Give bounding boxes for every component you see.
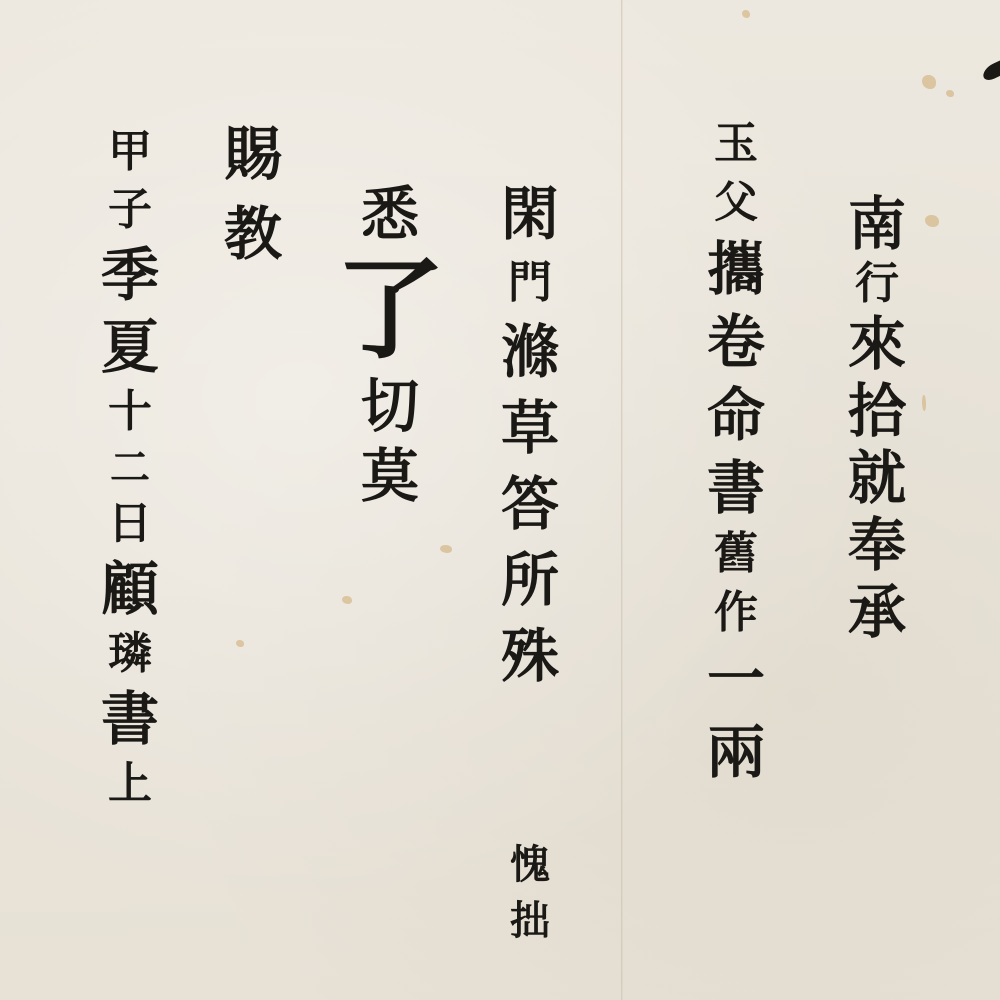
char: 切: [361, 377, 419, 435]
char: 行: [855, 262, 899, 306]
char: 玉: [714, 122, 758, 166]
char: 閑: [501, 185, 559, 243]
char: 承: [848, 583, 906, 641]
text-column-4: 悉 了 切 莫: [355, 185, 425, 505]
char: 兩: [707, 723, 765, 781]
stain: [236, 640, 244, 647]
char: 顧: [101, 560, 159, 618]
char: 日: [108, 502, 152, 546]
partial-character-stroke: [980, 60, 1000, 83]
char: 悉: [361, 185, 419, 243]
paper-seam: [621, 0, 623, 1000]
stain: [342, 596, 352, 604]
char: 父: [714, 181, 758, 225]
char: 賜: [224, 125, 282, 183]
char: 攜: [707, 240, 765, 298]
stain: [440, 545, 452, 553]
char: 草: [501, 399, 559, 457]
char: 子: [108, 188, 152, 232]
char: 甲: [108, 130, 152, 174]
char: 答: [501, 475, 559, 533]
stain: [922, 75, 936, 89]
char: 教: [224, 205, 282, 263]
char: 來: [848, 315, 906, 373]
char: 書: [707, 459, 765, 517]
char: 命: [707, 386, 765, 444]
char: 十: [108, 390, 152, 434]
text-column-3: 閑 門 滌 草 答 所 殊: [490, 185, 570, 685]
char: 就: [848, 449, 906, 507]
char: 了: [335, 255, 445, 365]
char: 舊: [714, 532, 758, 576]
char: 門: [508, 261, 552, 305]
char: 滌: [501, 323, 559, 381]
char: 南: [848, 195, 906, 253]
text-column-2: 玉 父 攜 卷 命 書 舊 作 一 兩: [696, 122, 776, 781]
char: 拾: [848, 382, 906, 440]
stain: [946, 90, 954, 97]
stain: [925, 215, 939, 227]
char: 所: [501, 551, 559, 609]
char: 璘: [108, 632, 152, 676]
char: 殊: [501, 627, 559, 685]
text-column-1: 南 行 來 拾 就 奉 承: [842, 195, 912, 641]
char: 拙: [510, 901, 550, 941]
char: 書: [101, 690, 159, 748]
stain: [922, 395, 926, 411]
char: 上: [108, 762, 152, 806]
char: 莫: [361, 447, 419, 505]
text-column-3-small: 愧 拙: [495, 845, 565, 941]
char: 奉: [848, 516, 906, 574]
char: 季: [101, 246, 159, 304]
char: 一: [707, 650, 765, 708]
char: 卷: [707, 313, 765, 371]
char: 愧: [510, 845, 550, 885]
stain: [742, 10, 750, 18]
text-column-6: 甲 子 季 夏 十 二 日 顧 璘 書 上: [95, 130, 165, 806]
char: 作: [714, 591, 758, 635]
char: 夏: [101, 318, 159, 376]
char: 二: [110, 448, 150, 488]
text-column-5: 賜 教: [218, 125, 288, 263]
